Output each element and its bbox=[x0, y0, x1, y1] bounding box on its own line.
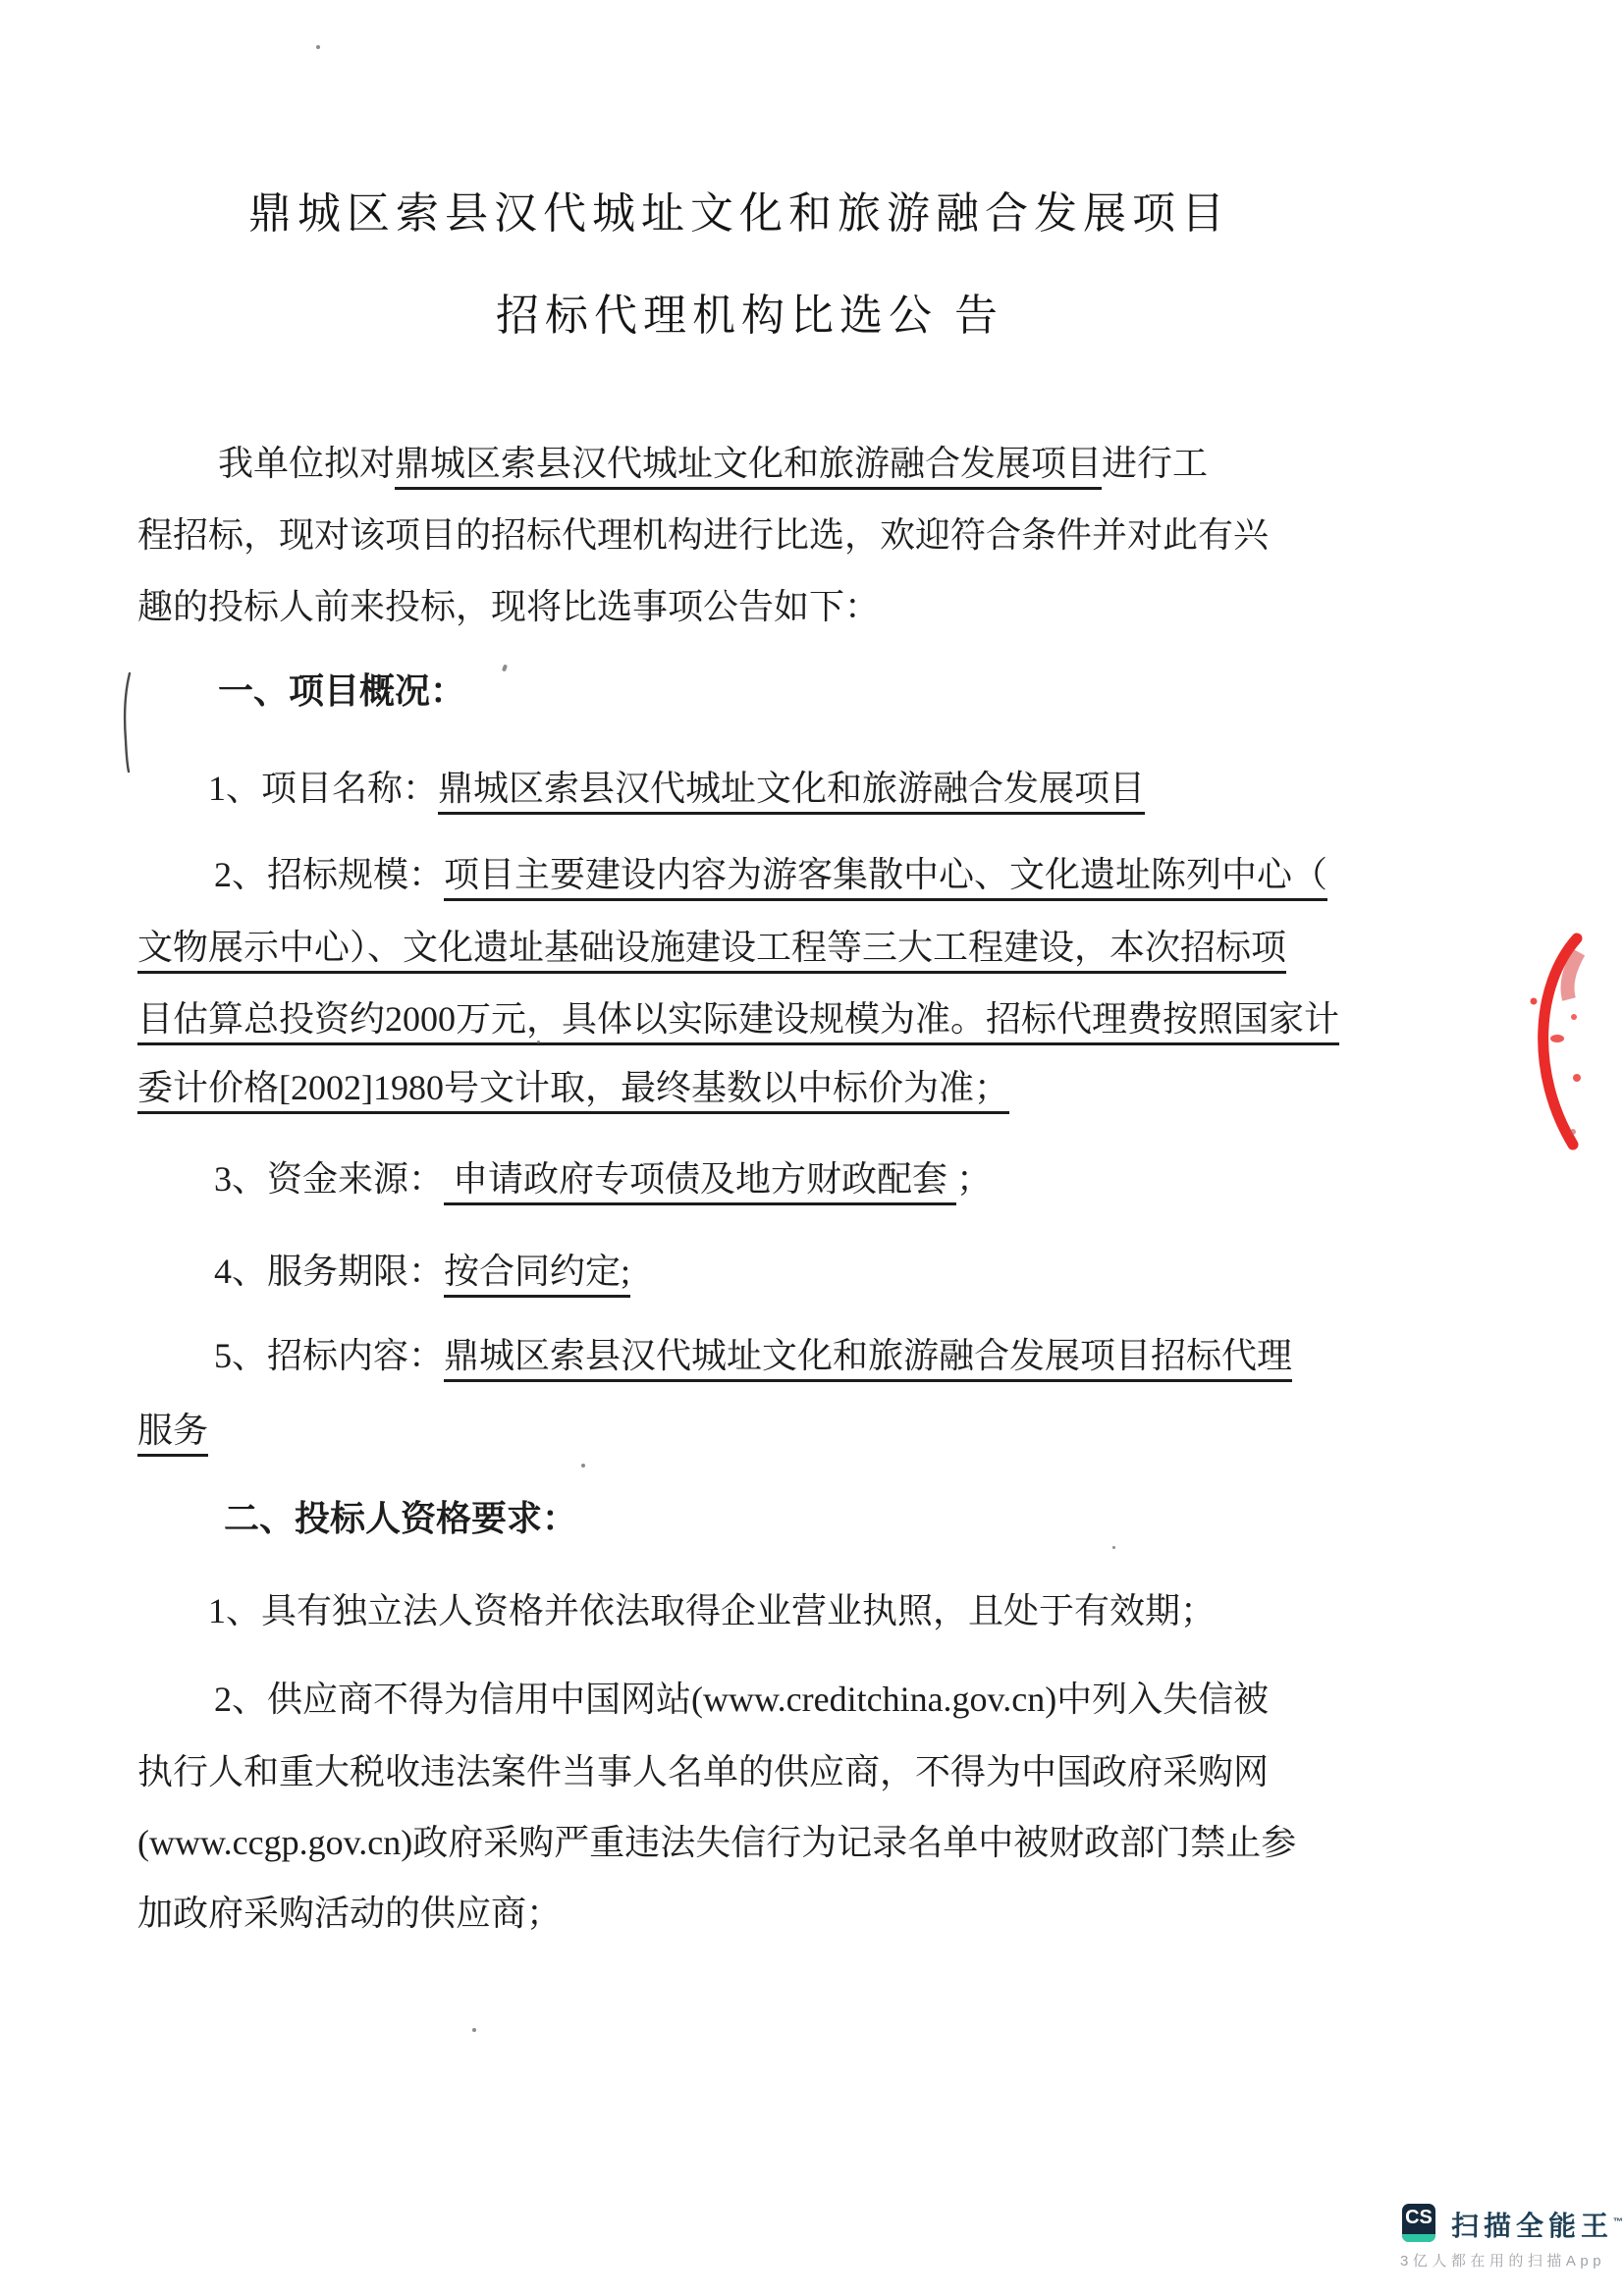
doc-line-i5-l2: 服务 bbox=[137, 1409, 208, 1453]
text: 1、具有独立法人资格并依法取得企业营业执照，且处于有效期； bbox=[208, 1591, 1216, 1630]
text: 趣的投标人前来投标，现将比选事项公告如下： bbox=[137, 587, 880, 626]
doc-line-title-2: 招标代理机构比选公 告 bbox=[496, 289, 1003, 343]
text: ； bbox=[956, 1159, 992, 1199]
doc-line-s2-i2-l1: 2、供应商不得为信用中国网站(www.creditchina.gov.cn)中列… bbox=[214, 1678, 1269, 1722]
camscanner-app-name: 扫描全能王™ bbox=[1451, 2205, 1623, 2244]
doc-line-p1-l3: 趣的投标人前来投标，现将比选事项公告如下： bbox=[137, 585, 880, 629]
text: 3、资金来源： bbox=[214, 1159, 444, 1199]
text: 1、项目名称： bbox=[208, 769, 438, 808]
scan-speck bbox=[537, 1041, 540, 1043]
text: (www.ccgp.gov.cn)政府采购严重违法失信行为记录名单中被财政部门禁… bbox=[137, 1823, 1296, 1862]
doc-line-i4: 4、服务期限：按合同约定; bbox=[214, 1250, 630, 1294]
text: 执行人和重大税收违法案件当事人名单的供应商，不得为中国政府采购网 bbox=[137, 1752, 1269, 1791]
underlined-text: 按合同约定; bbox=[444, 1252, 630, 1298]
scanned-document-page: 鼎城区索县汉代城址文化和旅游融合发展项目招标代理机构比选公 告我单位拟对鼎城区索… bbox=[0, 0, 1623, 2296]
underlined-text: 文物展示中心）、文化遗址基础设施建设工程等三大工程建设，本次招标项 bbox=[137, 928, 1286, 974]
text: 2、招标规模： bbox=[214, 855, 444, 894]
text: 进行工 bbox=[1102, 444, 1208, 483]
trademark-symbol: ™ bbox=[1613, 2217, 1623, 2228]
text: 鼎城区索县汉代城址文化和旅游融合发展项目 bbox=[248, 189, 1230, 238]
doc-line-p1-l1: 我单位拟对鼎城区索县汉代城址文化和旅游融合发展项目进行工 bbox=[218, 442, 1208, 486]
scan-hairline-artifact bbox=[121, 671, 136, 779]
text: 二、投标人资格要求： bbox=[224, 1499, 577, 1538]
camscanner-logo-icon: CS bbox=[1402, 2204, 1435, 2242]
camscanner-tagline: 3亿人都在用的扫描App bbox=[1400, 2250, 1605, 2270]
doc-line-i2-l2: 文物展示中心）、文化遗址基础设施建设工程等三大工程建设，本次招标项 bbox=[137, 926, 1286, 970]
underlined-text: 目估算总投资约2000万元，具体以实际建设规模为准。招标代理费按照国家计 bbox=[137, 999, 1339, 1045]
underlined-text: 鼎城区索县汉代城址文化和旅游融合发展项目 bbox=[395, 444, 1102, 490]
underlined-text: 申请政府专项债及地方财政配套 bbox=[444, 1159, 956, 1205]
scan-speck bbox=[1112, 1546, 1115, 1549]
scan-speck bbox=[581, 1464, 585, 1468]
text: 我单位拟对 bbox=[218, 444, 395, 483]
doc-line-h1: 一、项目概况： bbox=[218, 669, 465, 714]
scan-speck bbox=[472, 2028, 476, 2032]
underlined-text: 委计价格[2002]1980号文计取，最终基数以中标价为准； bbox=[137, 1068, 1009, 1114]
doc-line-s2-i1: 1、具有独立法人资格并依法取得企业营业执照，且处于有效期； bbox=[208, 1589, 1216, 1633]
doc-line-title-1: 鼎城区索县汉代城址文化和旅游融合发展项目 bbox=[248, 187, 1230, 240]
camscanner-logo-accent-strip bbox=[1402, 2234, 1435, 2242]
underlined-text: 鼎城区索县汉代城址文化和旅游融合发展项目招标代理 bbox=[444, 1336, 1292, 1382]
doc-line-i1: 1、项目名称：鼎城区索县汉代城址文化和旅游融合发展项目 bbox=[208, 767, 1145, 811]
red-seal-fragment bbox=[1520, 931, 1591, 1161]
text: 2、供应商不得为信用中国网站(www.creditchina.gov.cn)中列… bbox=[214, 1680, 1269, 1719]
underlined-text: 服务 bbox=[137, 1411, 208, 1457]
text: 4、服务期限： bbox=[214, 1252, 444, 1291]
scan-speck bbox=[502, 665, 508, 672]
doc-line-i3: 3、资金来源： 申请政府专项债及地方财政配套 ； bbox=[214, 1157, 992, 1201]
text: 程招标，现对该项目的招标代理机构进行比选，欢迎符合条件并对此有兴 bbox=[137, 515, 1269, 555]
text: 5、招标内容： bbox=[214, 1336, 444, 1375]
camscanner-logo-text: CS bbox=[1402, 2207, 1435, 2229]
text: 一、项目概况： bbox=[218, 671, 465, 711]
doc-line-i2-l3: 目估算总投资约2000万元，具体以实际建设规模为准。招标代理费按照国家计 bbox=[137, 997, 1339, 1041]
underlined-text: 项目主要建设内容为游客集散中心、文化遗址陈列中心（ bbox=[444, 855, 1327, 901]
text: 招标代理机构比选公 告 bbox=[496, 292, 1003, 340]
doc-line-s2-i2-l2: 执行人和重大税收违法案件当事人名单的供应商，不得为中国政府采购网 bbox=[137, 1750, 1269, 1794]
text: 加政府采购活动的供应商； bbox=[137, 1894, 562, 1933]
underlined-text: 鼎城区索县汉代城址文化和旅游融合发展项目 bbox=[438, 769, 1145, 815]
scan-speck bbox=[316, 45, 320, 49]
doc-line-p1-l2: 程招标，现对该项目的招标代理机构进行比选，欢迎符合条件并对此有兴 bbox=[137, 513, 1269, 558]
doc-line-s2-i2-l4: 加政府采购活动的供应商； bbox=[137, 1892, 562, 1936]
doc-line-s2-i2-l3: (www.ccgp.gov.cn)政府采购严重违法失信行为记录名单中被财政部门禁… bbox=[137, 1821, 1296, 1865]
doc-line-i5-l1: 5、招标内容：鼎城区索县汉代城址文化和旅游融合发展项目招标代理 bbox=[214, 1334, 1292, 1378]
doc-line-h2: 二、投标人资格要求： bbox=[224, 1497, 577, 1541]
doc-line-i2-l4: 委计价格[2002]1980号文计取，最终基数以中标价为准； bbox=[137, 1066, 1009, 1110]
doc-line-i2-l1: 2、招标规模：项目主要建设内容为游客集散中心、文化遗址陈列中心（ bbox=[214, 853, 1327, 897]
